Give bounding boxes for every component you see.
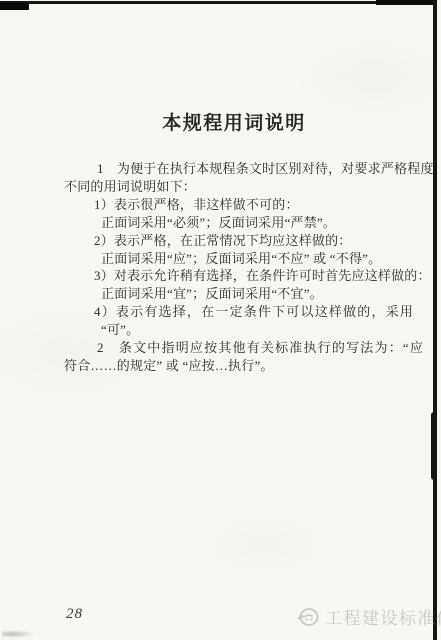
scan-edge-right-bulge: [431, 412, 437, 480]
body-line: 3）对表示允许稍有选择，在条件许可时首先应这样做的：: [64, 267, 414, 285]
page-number: 28: [66, 606, 83, 623]
body-line: “可”。: [64, 321, 414, 339]
body-line: 1）表示很严格，非这样做不可的：: [64, 196, 414, 214]
scan-edge-top: [0, 1, 437, 4]
scan-edge-top-right-mark: [376, 0, 437, 5]
page-title: 本规程用词说明: [64, 111, 404, 137]
scanned-document-page: 本规程用词说明 1 为便于在执行本规程条文时区别对待，对要求严格程度 不同的用词…: [0, 0, 441, 640]
body-text: 1 为便于在执行本规程条文时区别对待，对要求严格程度 不同的用词说明如下： 1）…: [64, 160, 414, 375]
scan-edge-top-left-mark: [0, 3, 29, 10]
body-line: 4）表示有选择，在一定条件下可以这样做的，采用: [64, 303, 414, 321]
body-line: 正面词采用“宜”；反面词采用“不宜”。: [64, 285, 414, 303]
body-line: 2 条文中指明应按其他有关标准执行的写法为：“应: [64, 339, 414, 357]
body-line: 1 为便于在执行本规程条文时区别对待，对要求严格程度: [64, 160, 414, 178]
body-line: 符合……的规定” 或 “应按…执行”。: [64, 357, 414, 375]
watermark-text: 工程建设标准化: [325, 604, 441, 629]
scan-edge-right: [433, 0, 437, 640]
body-line: 不同的用词说明如下：: [64, 178, 414, 196]
body-line: 正面词采用“应”；反面词采用“不应” 或 “不得”。: [64, 250, 414, 268]
body-line: 2）表示严格，在正常情况下均应这样做的：: [64, 232, 414, 250]
watermark: 工程建设标准化: [296, 604, 441, 629]
body-line: 正面词采用“必须”；反面词采用“严禁”。: [64, 214, 414, 232]
swirl-logo-icon: [296, 606, 320, 628]
scan-smudge-bottom-left: [2, 630, 36, 638]
